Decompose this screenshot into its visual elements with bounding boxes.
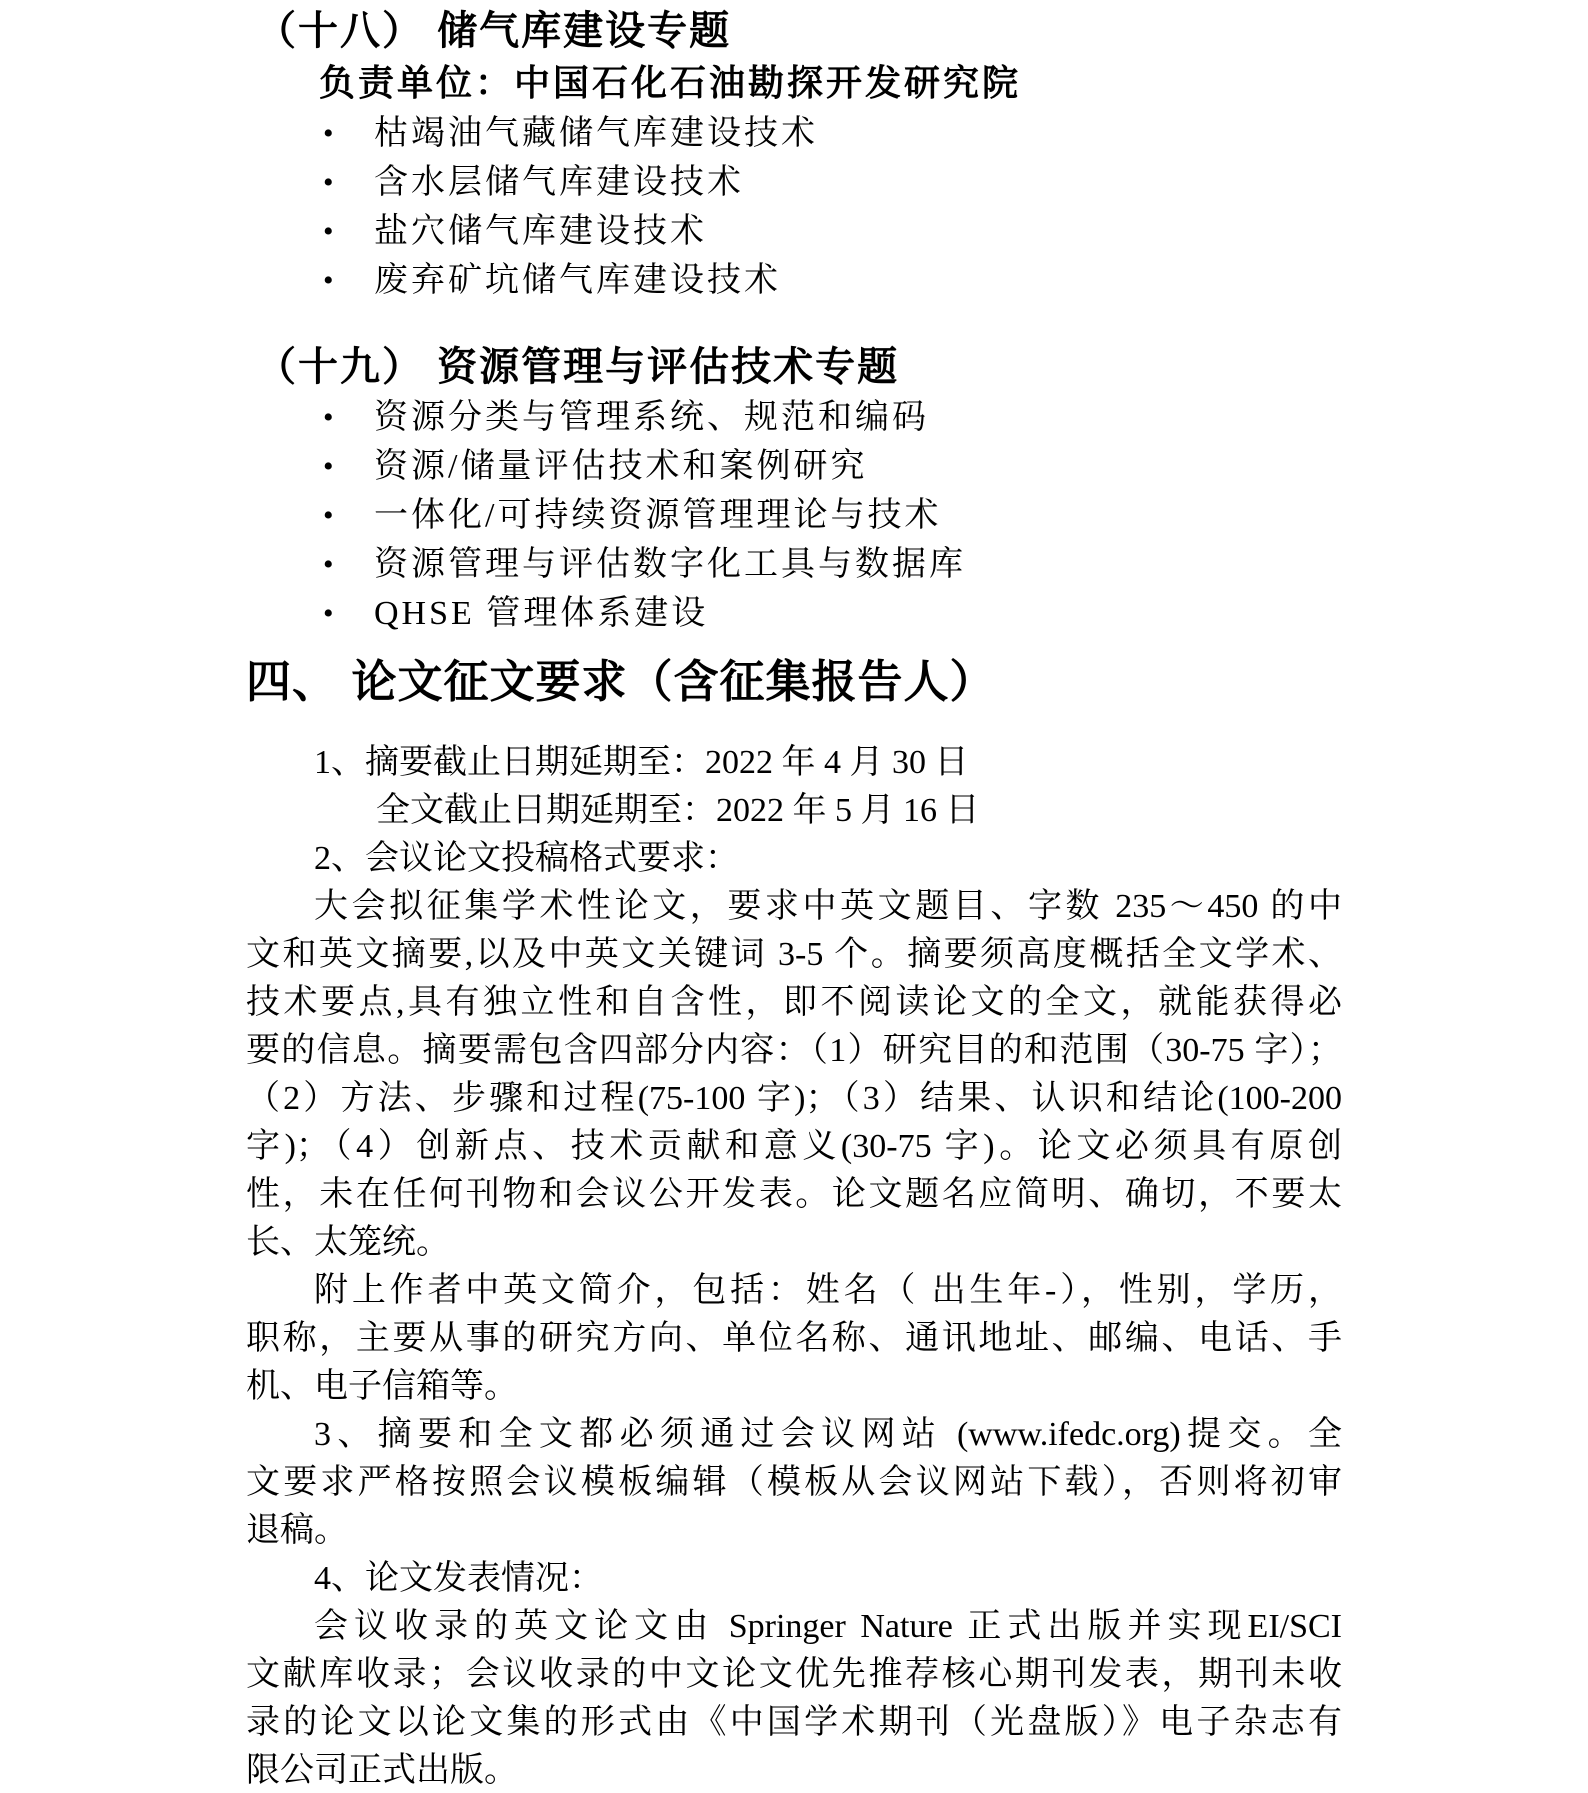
topic-item-label: 一体化/可持续资源管理理论与技术 <box>374 497 941 534</box>
topic-item-label: QHSE 管理体系建设 <box>374 595 708 632</box>
topic-section-19: （十九） 资源管理与评估技术专题 • 资源分类与管理系统、规范和编码 • 资源/… <box>246 341 1342 638</box>
main-section-heading: 四、 论文征文要求（含征集报告人） <box>246 652 1342 712</box>
body-line: 机、电子信箱等。 <box>246 1363 1342 1411</box>
topic-item: • 资源分类与管理系统、规范和编码 <box>246 393 1342 442</box>
body-line: 录的论文以论文集的形式由《中国学术期刊（光盘版）》电子杂志有 <box>246 1699 1342 1747</box>
topic-item-label: 含水层储气库建设技术 <box>374 164 744 201</box>
body-line: 1、摘要截止日期延期至：2022 年 4 月 30 日 <box>246 739 1342 787</box>
body-line: 文要求严格按照会议模板编辑（模板从会议网站下载），否则将初审 <box>246 1459 1342 1507</box>
topic-item: • 资源管理与评估数字化工具与数据库 <box>246 540 1342 589</box>
topic-section-18: （十八） 储气库建设专题 负责单位：中国石化石油勘探开发研究院 • 枯竭油气藏储… <box>246 5 1342 305</box>
bullet-icon: • <box>323 207 334 256</box>
bullet-icon: • <box>323 109 334 158</box>
bullet-icon: • <box>323 589 334 638</box>
body-line: （2）方法、步骤和过程(75-100 字)；（3）结果、认识和结论(100-20… <box>246 1075 1342 1123</box>
topic-item-label: 枯竭油气藏储气库建设技术 <box>374 115 818 152</box>
body-line: 大会拟征集学术性论文，要求中英文题目、字数 235～450 的中 <box>246 883 1342 931</box>
topic-item: • 废弃矿坑储气库建设技术 <box>246 256 1342 305</box>
topic-item: • 资源/储量评估技术和案例研究 <box>246 442 1342 491</box>
bullet-icon: • <box>323 442 334 491</box>
topic-item-label: 资源分类与管理系统、规范和编码 <box>374 399 929 436</box>
bullet-icon: • <box>323 158 334 207</box>
topic-item: • 枯竭油气藏储气库建设技术 <box>246 109 1342 158</box>
responsible-unit: 负责单位：中国石化石油勘探开发研究院 <box>319 57 1342 109</box>
topic-item-label: 资源管理与评估数字化工具与数据库 <box>374 546 966 583</box>
body-line: 要的信息。摘要需包含四部分内容：（1）研究目的和范围（30-75 字）； <box>246 1027 1342 1075</box>
topic-item-label: 盐穴储气库建设技术 <box>374 213 707 250</box>
topic-item: • 盐穴储气库建设技术 <box>246 207 1342 256</box>
body-line: 技术要点,具有独立性和自含性，即不阅读论文的全文，就能获得必 <box>246 979 1342 1027</box>
topic-item: • QHSE 管理体系建设 <box>246 589 1342 638</box>
body-line: 长、太笼统。 <box>246 1219 1342 1267</box>
body-line: 职称，主要从事的研究方向、单位名称、通讯地址、邮编、电话、手 <box>246 1315 1342 1363</box>
bullet-icon: • <box>323 540 334 589</box>
topic-heading-18: （十八） 储气库建设专题 <box>256 5 1342 57</box>
bullet-icon: • <box>323 491 334 540</box>
body-line: 会议收录的英文论文由 Springer Nature 正式出版并实现EI/SCI <box>246 1603 1342 1651</box>
body-line: 附上作者中英文简介，包括：姓名（ 出生年-），性别，学历， <box>246 1267 1342 1315</box>
body-line: 4、论文发表情况： <box>246 1555 1342 1603</box>
body-line: 退稿。 <box>246 1507 1342 1555</box>
body-line: 限公司正式出版。 <box>246 1747 1342 1793</box>
body-line: 2、会议论文投稿格式要求： <box>246 835 1342 883</box>
topic-item-label: 资源/储量评估技术和案例研究 <box>374 448 867 485</box>
bullet-icon: • <box>323 393 334 442</box>
requirements-body: 1、摘要截止日期延期至：2022 年 4 月 30 日 全文截止日期延期至：20… <box>246 739 1342 1793</box>
topic-item: • 一体化/可持续资源管理理论与技术 <box>246 491 1342 540</box>
bullet-icon: • <box>323 256 334 305</box>
topic-item-label: 废弃矿坑储气库建设技术 <box>374 262 781 299</box>
body-line: 3、摘要和全文都必须通过会议网站 (www.ifedc.org)提交。全 <box>246 1411 1342 1459</box>
body-line: 文和英文摘要,以及中英文关键词 3-5 个。摘要须高度概括全文学术、 <box>246 931 1342 979</box>
body-line: 字)；（4）创新点、技术贡献和意义(30-75 字)。论文必须具有原创 <box>246 1123 1342 1171</box>
topic-heading-19: （十九） 资源管理与评估技术专题 <box>256 341 1342 393</box>
body-line: 性，未在任何刊物和会议公开发表。论文题名应简明、确切，不要太 <box>246 1171 1342 1219</box>
topic-item: • 含水层储气库建设技术 <box>246 158 1342 207</box>
body-line: 全文截止日期延期至：2022 年 5 月 16 日 <box>246 787 1342 835</box>
document-page: （十八） 储气库建设专题 负责单位：中国石化石油勘探开发研究院 • 枯竭油气藏储… <box>0 0 1588 1793</box>
body-line: 文献库收录；会议收录的中文论文优先推荐核心期刊发表，期刊未收 <box>246 1651 1342 1699</box>
